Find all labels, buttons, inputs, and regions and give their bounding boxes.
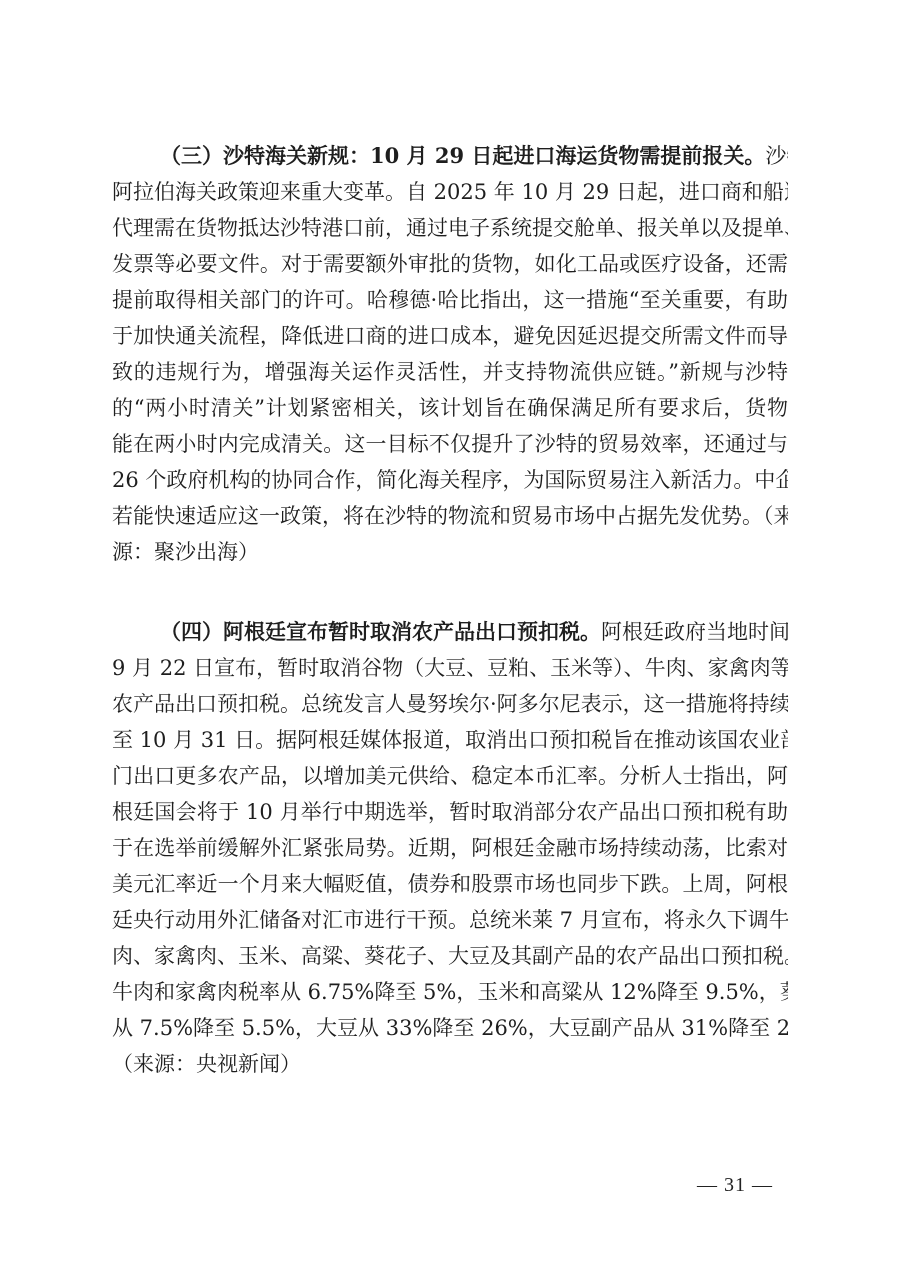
paragraph-line: 阿拉伯海关政策迎来重大变革。自 2025 年 10 月 29 日起，进口商和船运 [112, 174, 788, 210]
paragraph-line: 美元汇率近一个月来大幅贬值，债券和股票市场也同步下跌。上周，阿根 [112, 866, 788, 902]
paragraph-line: 至 10 月 31 日。据阿根廷媒体报道，取消出口预扣税旨在推动该国农业部 [112, 722, 788, 758]
paragraph-line: 肉、家禽肉、玉米、高粱、葵花子、大豆及其副产品的农产品出口预扣税。 [112, 938, 788, 974]
paragraph-line: 若能快速适应这一政策，将在沙特的物流和贸易市场中占据先发优势。（来 [112, 498, 788, 534]
paragraph-line: 于加快通关流程，降低进口商的进口成本，避免因延迟提交所需文件而导 [112, 318, 788, 354]
paragraph-line: 于在选举前缓解外汇紧张局势。近期，阿根廷金融市场持续动荡，比索对 [112, 830, 788, 866]
paragraph-line: （三）沙特海关新规：10 月 29 日起进口海运货物需提前报关。沙特 [112, 138, 788, 174]
paragraph-line: 农产品出口预扣税。总统发言人曼努埃尔·阿多尔尼表示，这一措施将持续 [112, 686, 788, 722]
section-heading: （三）沙特海关新规：10 月 29 日起进口海运货物需提前报关。 [160, 143, 765, 168]
source-citation: （来源：央视新闻） [112, 1046, 788, 1082]
paragraph-line: 能在两小时内完成清关。这一目标不仅提升了沙特的贸易效率，还通过与 [112, 426, 788, 462]
paragraph-line: 牛肉和家禽肉税率从 6.75%降至 5%，玉米和高粱从 12%降至 9.5%，葵… [112, 974, 788, 1010]
document-page: （三）沙特海关新规：10 月 29 日起进口海运货物需提前报关。沙特 阿拉伯海关… [0, 0, 900, 1272]
paragraph-line: 代理需在货物抵达沙特港口前，通过电子系统提交舱单、报关单以及提单、 [112, 210, 788, 246]
paragraph-line: （四）阿根廷宣布暂时取消农产品出口预扣税。阿根廷政府当地时间 [112, 614, 788, 650]
paragraph-line: 的“两小时清关”计划紧密相关，该计划旨在确保满足所有要求后，货物 [112, 390, 788, 426]
paragraph-line: 9 月 22 日宣布，暂时取消谷物（大豆、豆粕、玉米等）、牛肉、家禽肉等 [112, 650, 788, 686]
paragraph-line: 门出口更多农产品，以增加美元供给、稳定本币汇率。分析人士指出，阿 [112, 758, 788, 794]
section-saudi-customs: （三）沙特海关新规：10 月 29 日起进口海运货物需提前报关。沙特 阿拉伯海关… [112, 138, 788, 570]
source-citation: 源：聚沙出海） [112, 534, 788, 570]
section-heading: （四）阿根廷宣布暂时取消农产品出口预扣税。 [160, 619, 601, 644]
page-number: — 31 — [680, 1174, 790, 1197]
paragraph-line: 提前取得相关部门的许可。哈穆德·哈比指出，这一措施“至关重要，有助 [112, 282, 788, 318]
paragraph-line: 根廷国会将于 10 月举行中期选举，暂时取消部分农产品出口预扣税有助 [112, 794, 788, 830]
paragraph-line: 从 7.5%降至 5.5%，大豆从 33%降至 26%，大豆副产品从 31%降至… [112, 1010, 788, 1046]
section-argentina-tax: （四）阿根廷宣布暂时取消农产品出口预扣税。阿根廷政府当地时间 9 月 22 日宣… [112, 614, 788, 1082]
paragraph-line: 廷央行动用外汇储备对汇市进行干预。总统米莱 7 月宣布，将永久下调牛 [112, 902, 788, 938]
paragraph-line: 发票等必要文件。对于需要额外审批的货物，如化工品或医疗设备，还需 [112, 246, 788, 282]
paragraph-line: 26 个政府机构的协同合作，简化海关程序，为国际贸易注入新活力。中企 [112, 462, 788, 498]
paragraph-line: 致的违规行为，增强海关运作灵活性，并支持物流供应链。”新规与沙特 [112, 354, 788, 390]
